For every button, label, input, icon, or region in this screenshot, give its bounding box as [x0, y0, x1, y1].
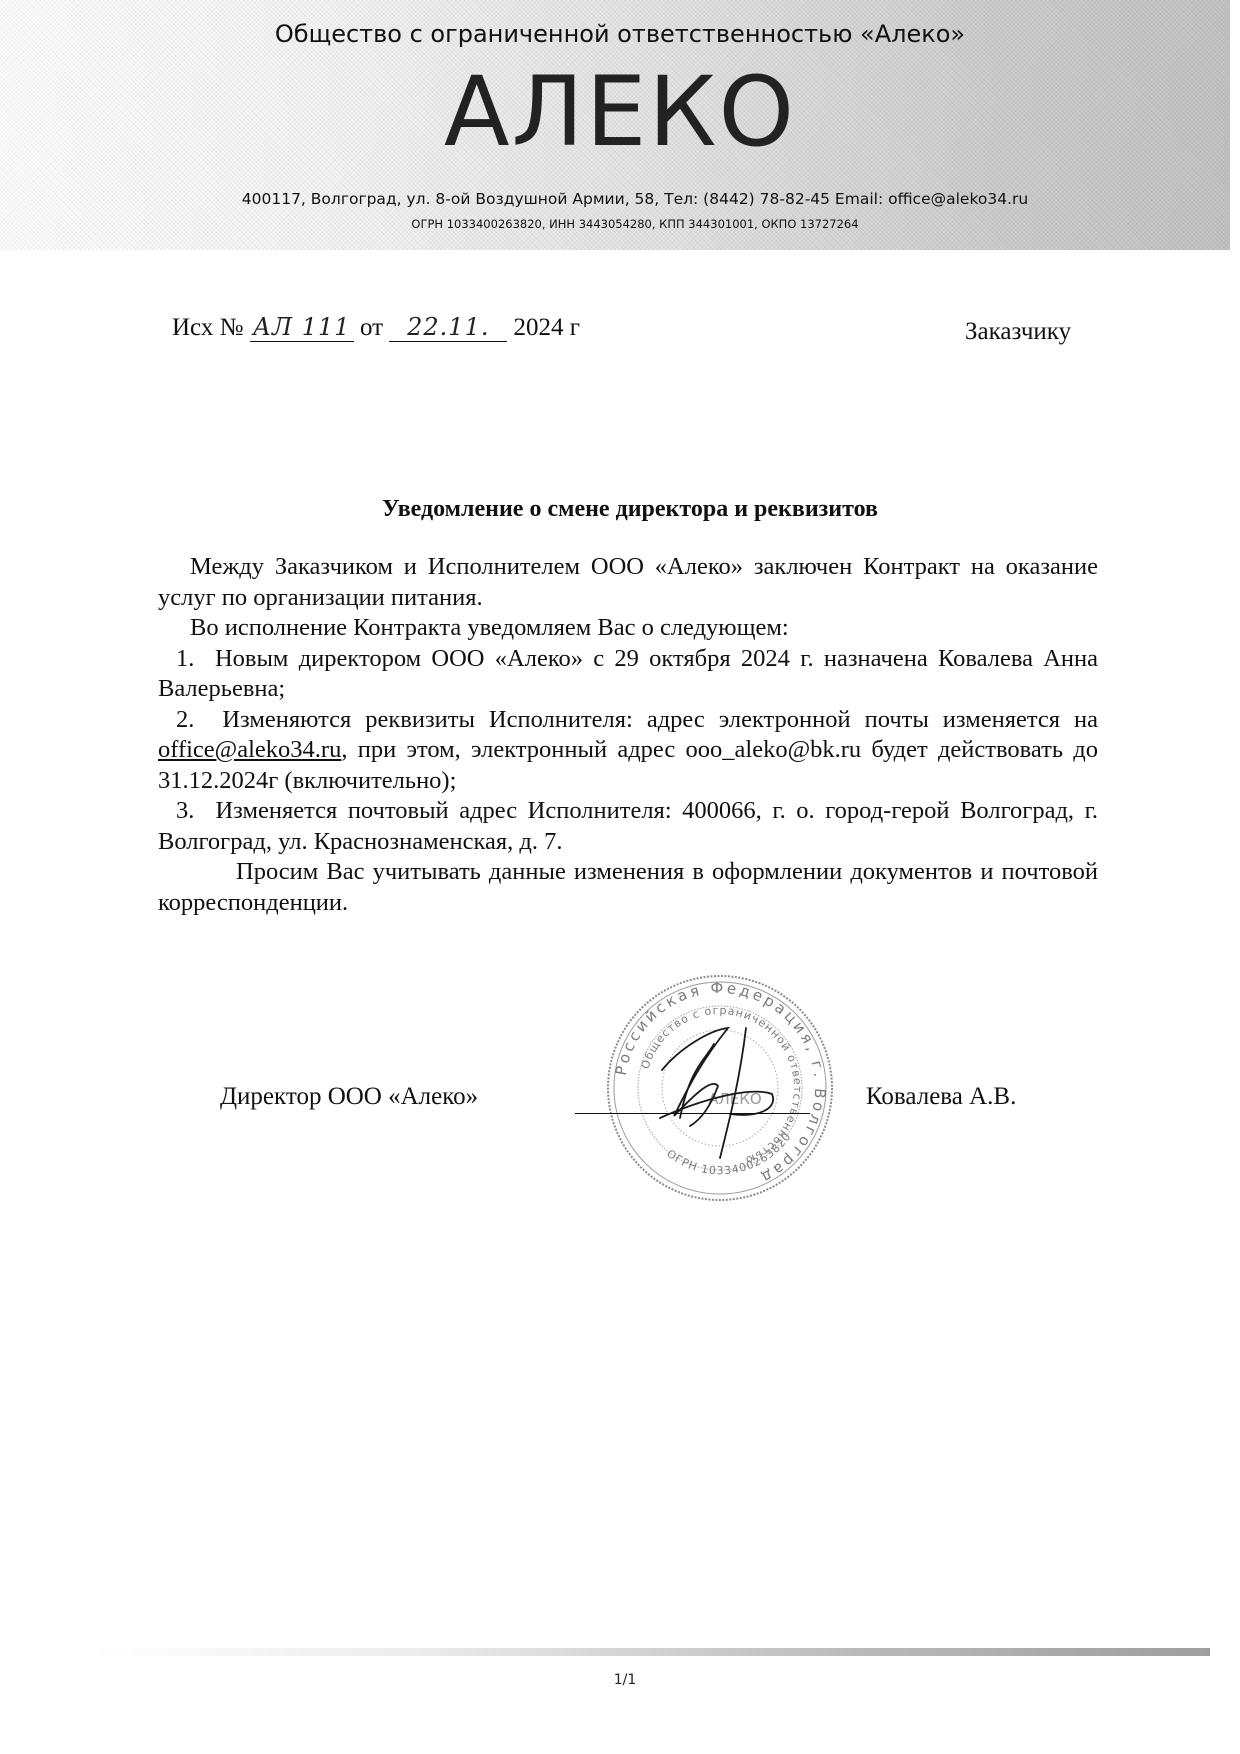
- lead-in-paragraph: Во исполнение Контракта уведомляем Вас о…: [158, 613, 1098, 644]
- list-number: 2.: [176, 706, 194, 733]
- outgoing-label: Исх №: [172, 314, 243, 341]
- outgoing-date: 22.11.: [389, 313, 507, 342]
- company-seal-stamp: Российская Федерация, г. Волгоград Общес…: [600, 968, 840, 1208]
- list-item-3: 3. Изменяется почтовый адрес Исполнителя…: [158, 796, 1098, 857]
- document-title: Уведомление о смене директора и реквизит…: [0, 496, 1240, 523]
- year-suffix: 2024 г: [514, 314, 581, 341]
- from-label: от: [360, 314, 383, 341]
- intro-paragraph: Между Заказчиком и Исполнителем ООО «Але…: [158, 552, 1098, 613]
- list-number: 1.: [176, 645, 194, 672]
- new-email-link[interactable]: office@aleko34.ru: [158, 736, 341, 763]
- closing-paragraph: Просим Вас учитывать данные изменения в …: [158, 857, 1098, 918]
- signatory-name: Ковалева А.В.: [866, 1083, 1016, 1111]
- signature-line: [575, 1113, 810, 1114]
- list-text: Изменяются реквизиты Исполнителя: адрес …: [222, 706, 1098, 733]
- reference-line: Исх № АЛ 111 от 22.11. 2024 г: [172, 313, 580, 342]
- document-body: Между Заказчиком и Исполнителем ООО «Але…: [158, 552, 1098, 918]
- list-item-1: 1. Новым директором ООО «Алеко» с 29 окт…: [158, 644, 1098, 705]
- scan-artifact-band: [90, 1648, 1210, 1656]
- list-text: Изменяется почтовый адрес Исполнителя: 4…: [158, 797, 1098, 855]
- letterhead: Общество с ограниченной ответственностью…: [0, 0, 1230, 250]
- page-indicator: 1/1: [0, 1672, 1240, 1688]
- list-text: Новым директором ООО «Алеко» с 29 октябр…: [158, 645, 1098, 703]
- addressee: Заказчику: [965, 318, 1071, 346]
- company-full-name: Общество с ограниченной ответственностью…: [0, 20, 1240, 48]
- company-logo: АЛЕКО: [0, 62, 1240, 162]
- company-address: 400117, Волгоград, ул. 8-ой Воздушной Ар…: [0, 190, 1240, 208]
- outgoing-number: АЛ 111: [250, 313, 354, 342]
- company-registration: ОГРН 1033400263820, ИНН 3443054280, КПП …: [0, 217, 1240, 231]
- list-number: 3.: [176, 797, 194, 824]
- list-item-2: 2. Изменяются реквизиты Исполнителя: адр…: [158, 705, 1098, 797]
- signatory-role: Директор ООО «Алеко»: [220, 1083, 478, 1111]
